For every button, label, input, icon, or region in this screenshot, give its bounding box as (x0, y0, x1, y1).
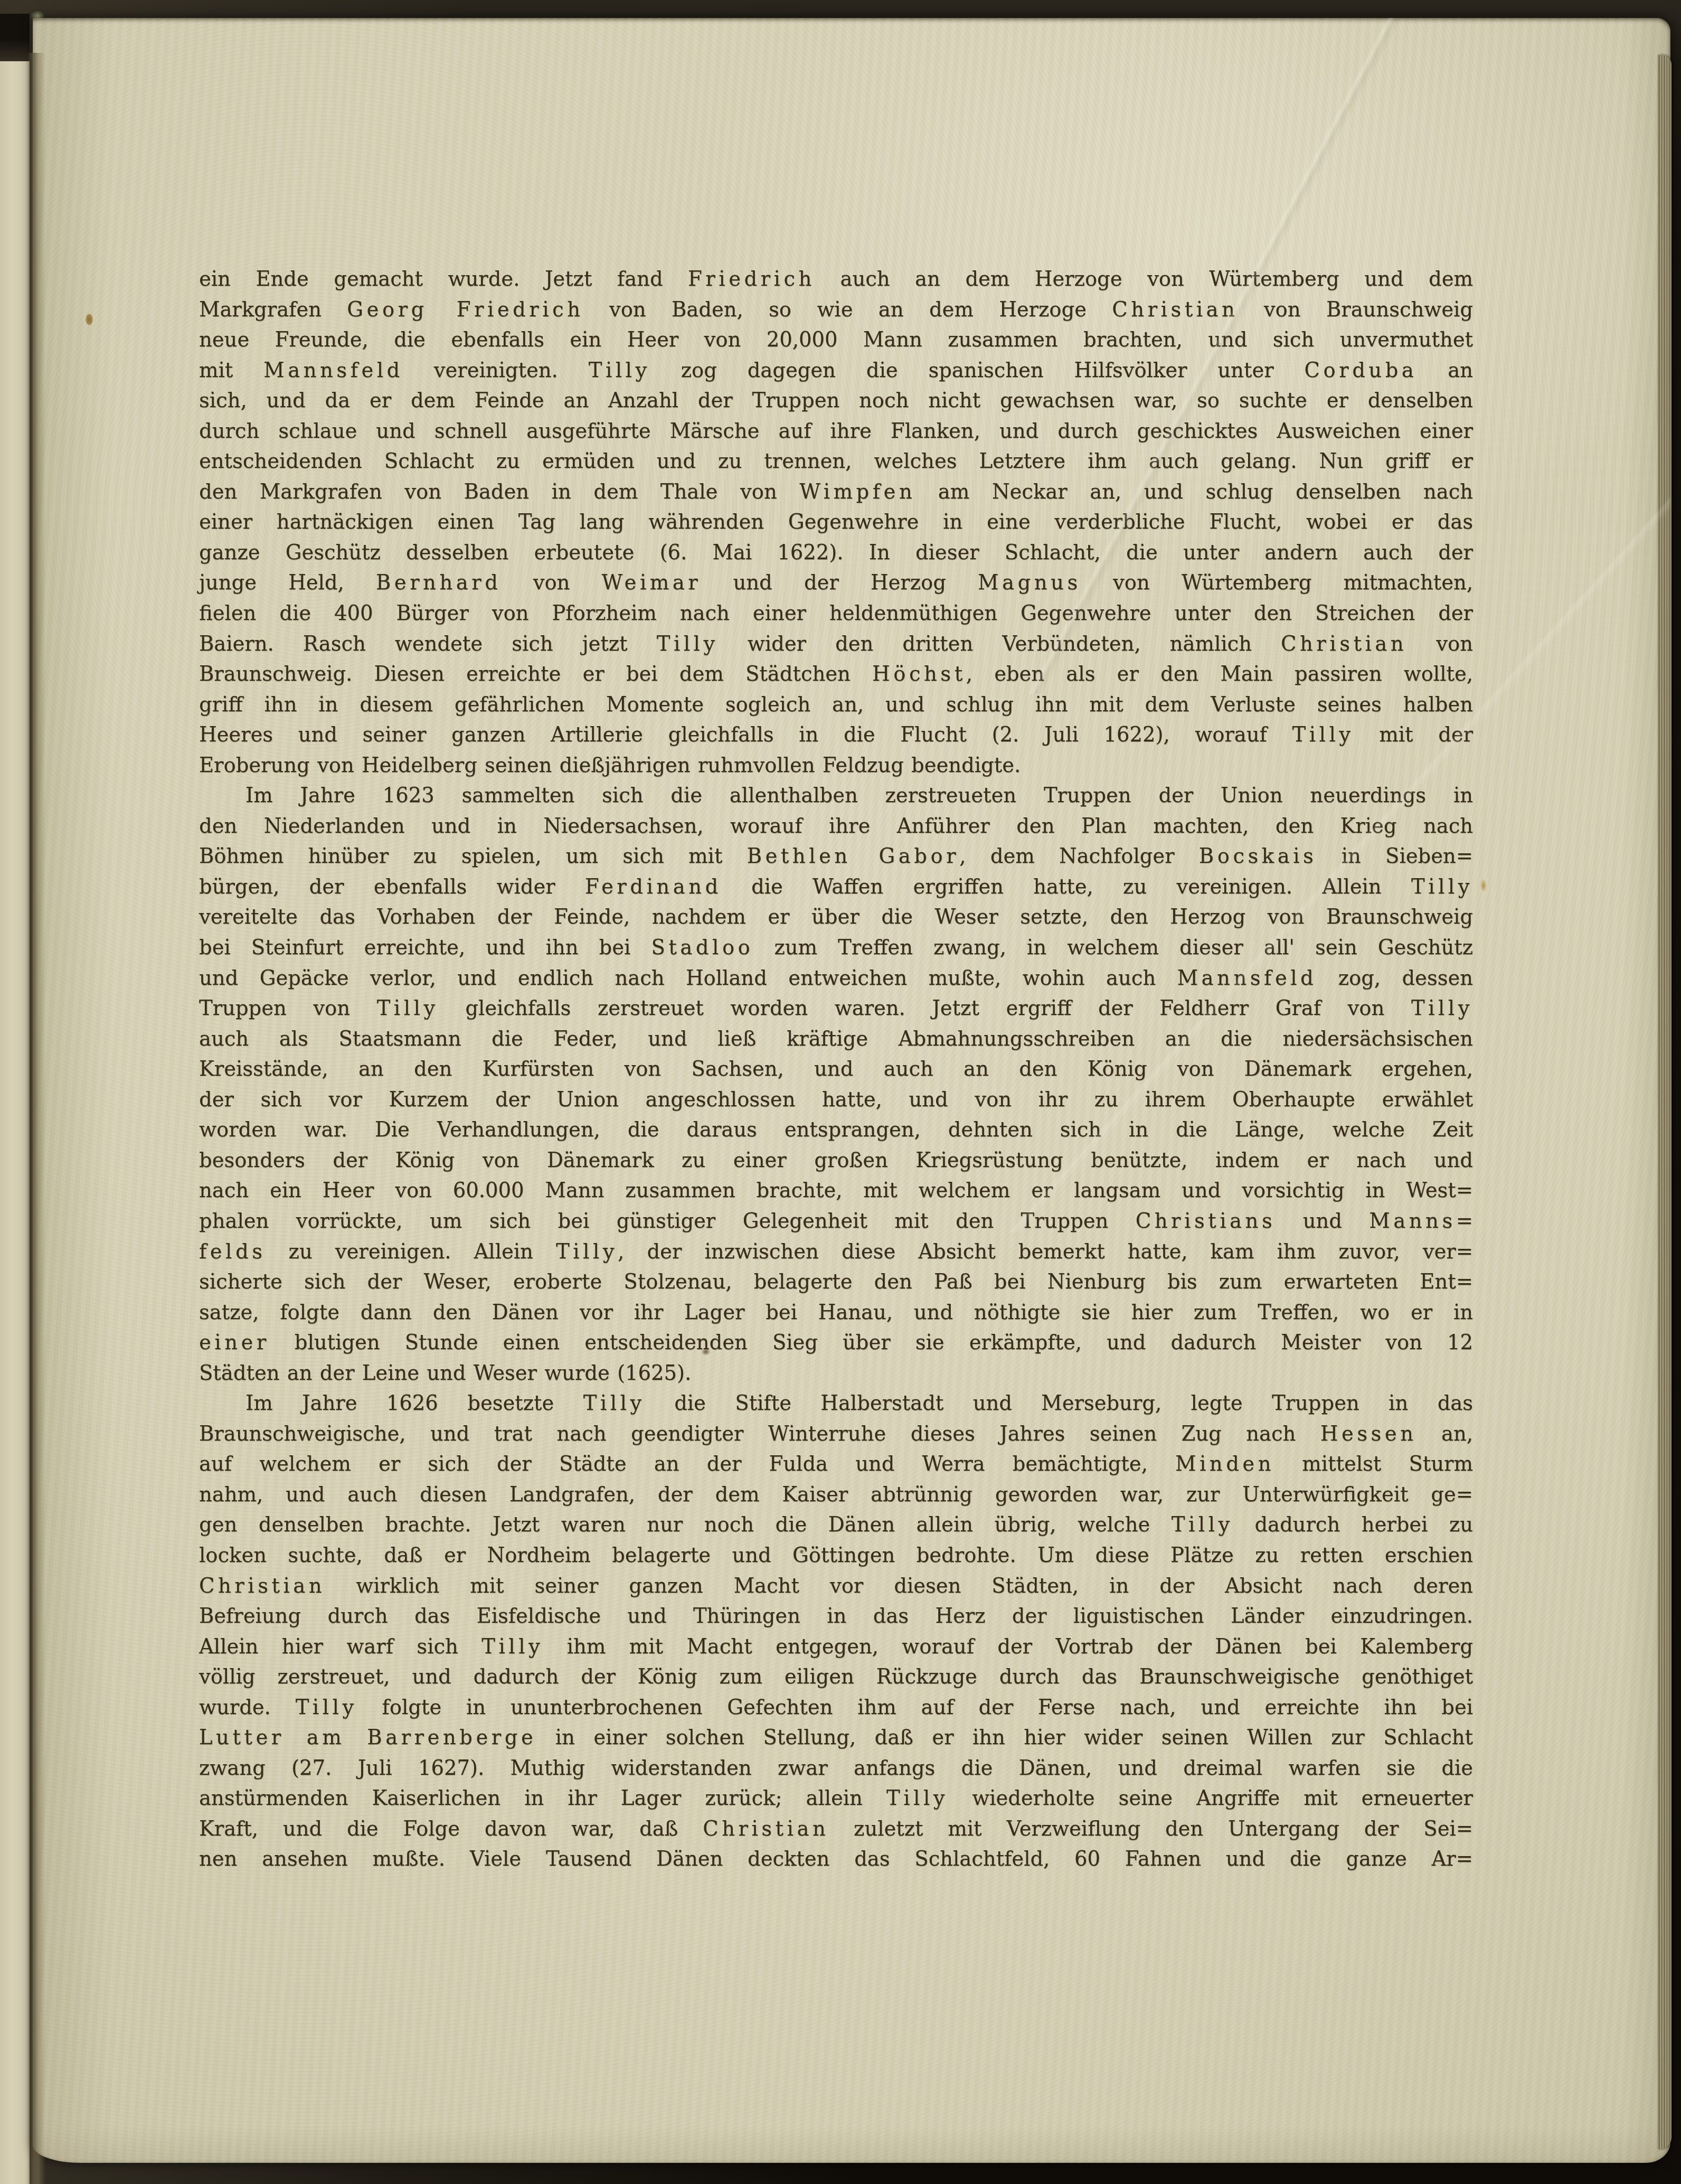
text-line: worden war. Die Verhandlungen, die darau… (199, 1115, 1473, 1145)
paper-speck (86, 314, 93, 325)
text-line: Braunschweigische, und trat nach geendig… (199, 1419, 1473, 1449)
emphasized-name: Tilly (481, 1635, 543, 1659)
text-line: Kraft, und die Folge davon war, daß Chri… (199, 1814, 1473, 1844)
emphasized-name: Bethlen Gabor (747, 844, 960, 868)
emphasized-name: Minden (1175, 1452, 1274, 1476)
text-line: satze, folgte dann den Dänen vor ihr Lag… (199, 1297, 1473, 1328)
text-line: phalen vorrückte, um sich bei günstiger … (199, 1206, 1473, 1237)
text-line: Befreiung durch das Eisfeldische und Thü… (199, 1601, 1473, 1632)
text-line: Allein hier warf sich Tilly ihm mit Mach… (199, 1632, 1473, 1662)
emphasized-name: Christian (703, 1817, 829, 1841)
text-line: einer hartnäckigen einen Tag lang währen… (199, 507, 1473, 538)
text-line: Städten an der Leine und Weser wurde (16… (199, 1358, 1473, 1389)
emphasized-name: Tilly (1292, 723, 1354, 747)
text-line: sicherte sich der Weser, eroberte Stolze… (199, 1267, 1473, 1297)
text-line: auch als Staatsmann die Feder, und ließ … (199, 1024, 1473, 1055)
text-line: wurde. Tilly folgte in ununterbrochenen … (199, 1692, 1473, 1723)
emphasized-name: Tilly (886, 1786, 948, 1810)
text-line: besonders der König von Dänemark zu eine… (199, 1145, 1473, 1176)
text-line: und Gepäcke verlor, und endlich nach Hol… (199, 963, 1473, 994)
emphasized-name: Friedrich (688, 267, 815, 291)
page-edge-stack (1658, 55, 1671, 2149)
text-line: den Niederlanden und in Niedersachsen, w… (199, 811, 1473, 842)
emphasized-name: Bocskais (1199, 844, 1317, 868)
emphasized-name: Wimpfen (799, 480, 915, 504)
emphasized-name: felds (199, 1240, 266, 1264)
emphasized-name: Höchst (872, 662, 966, 686)
text-line: felds zu vereinigen. Allein Tilly, der i… (199, 1237, 1473, 1267)
emphasized-name: Tilly (657, 632, 719, 656)
text-line: mit Mannsfeld vereinigten. Tilly zog dag… (199, 355, 1473, 386)
text-line: bürgen, der ebenfalls wider Ferdinand di… (199, 872, 1473, 902)
emphasized-name: Stadloo (651, 936, 753, 959)
text-line: gen denselben brachte. Jetzt waren nur n… (199, 1510, 1473, 1540)
emphasized-name: Tilly (1411, 996, 1473, 1020)
emphasized-name: einer (199, 1331, 270, 1354)
text-line: Kreisstände, an den Kurfürsten von Sachs… (199, 1054, 1473, 1085)
text-line: fielen die 400 Bürger von Pforzheim nach… (199, 598, 1473, 629)
text-line: junge Held, Bernhard von Weimar und der … (199, 568, 1473, 598)
text-line: den Markgrafen von Baden in dem Thale vo… (199, 477, 1473, 507)
text-line: Eroberung von Heidelberg seinen dießjähr… (199, 750, 1473, 781)
text-line: Truppen von Tilly gleichfalls zerstreuet… (199, 993, 1473, 1024)
emphasized-name: Magnus (978, 571, 1081, 595)
text-line: ein Ende gemacht wurde. Jetzt fand Fried… (199, 264, 1473, 295)
text-line: anstürmenden Kaiserlichen in ihr Lager z… (199, 1783, 1473, 1814)
text-line: Baiern. Rasch wendete sich jetzt Tilly w… (199, 629, 1473, 660)
emphasized-name: Christian (1112, 298, 1238, 322)
scan-background: ein Ende gemacht wurde. Jetzt fand Fried… (0, 0, 1681, 2184)
emphasized-name: Tilly (556, 1240, 618, 1264)
text-line: nahm, und auch diesen Landgrafen, der de… (199, 1480, 1473, 1510)
emphasized-name: Manns (1369, 1209, 1456, 1233)
paper-speck (1480, 879, 1487, 892)
text-line: Braunschweig. Diesen erreichte er bei de… (199, 659, 1473, 690)
text-line: sich, und da er dem Feinde an Anzahl der… (199, 385, 1473, 416)
emphasized-name: Christian (1281, 632, 1407, 656)
text-line: Im Jahre 1626 besetzte Tilly die Stifte … (199, 1388, 1473, 1419)
text-line: bei Steinfurt erreichte, und ihn bei Sta… (199, 933, 1473, 963)
text-line: nen ansehen mußte. Viele Tausend Dänen d… (199, 1844, 1473, 1875)
emphasized-name: Tilly (377, 996, 439, 1020)
text-line: Heeres und seiner ganzen Artillerie glei… (199, 720, 1473, 750)
emphasized-name: Mannsfeld (1177, 966, 1317, 990)
emphasized-name: Tilly (589, 359, 650, 382)
text-line: auf welchem er sich der Städte an der Fu… (199, 1449, 1473, 1480)
text-line: durch schlaue und schnell ausgeführte Mä… (199, 416, 1473, 447)
emphasized-name: Tilly (296, 1696, 357, 1719)
emphasized-name: Tilly (1172, 1513, 1233, 1537)
text-line: nach ein Heer von 60.000 Mann zusammen b… (199, 1175, 1473, 1206)
text-line: Markgrafen Georg Friedrich von Baden, so… (199, 295, 1473, 325)
text-line: völlig zerstreuet, und dadurch der König… (199, 1662, 1473, 1692)
emphasized-name: Lutter am Barrenberge (199, 1726, 536, 1749)
text-line: Lutter am Barrenberge in einer solchen S… (199, 1722, 1473, 1753)
book-page: ein Ende gemacht wurde. Jetzt fand Fried… (33, 18, 1670, 2163)
emphasized-name: Tilly (583, 1391, 645, 1415)
emphasized-name: Corduba (1304, 359, 1417, 382)
emphasized-name: Mannsfeld (263, 359, 403, 382)
paragraph: Im Jahre 1623 sammelten sich die allenth… (199, 780, 1473, 1388)
emphasized-name: Weimar (602, 571, 702, 595)
emphasized-name: Hessen (1320, 1422, 1417, 1446)
paragraph: ein Ende gemacht wurde. Jetzt fand Fried… (199, 264, 1473, 780)
emphasized-name: Ferdinand (585, 875, 722, 899)
emphasized-name: Christian (199, 1574, 325, 1598)
emphasized-name: Bernhard (376, 571, 501, 595)
emphasized-name: Christians (1136, 1209, 1276, 1233)
text-line: ganze Geschütz desselben erbeutete (6. M… (199, 538, 1473, 568)
page-text: ein Ende gemacht wurde. Jetzt fand Fried… (199, 264, 1473, 1875)
text-line: Im Jahre 1623 sammelten sich die allenth… (199, 780, 1473, 811)
adjacent-page-edge (0, 61, 30, 2184)
text-line: vereitelte das Vorhaben der Feinde, nach… (199, 902, 1473, 933)
text-line: Christian wirklich mit seiner ganzen Mac… (199, 1571, 1473, 1602)
text-line: zwang (27. Juli 1627). Muthig widerstand… (199, 1753, 1473, 1784)
text-line: griff ihn in diesem gefährlichen Momente… (199, 690, 1473, 720)
paragraph: Im Jahre 1626 besetzte Tilly die Stifte … (199, 1388, 1473, 1875)
emphasized-name: Georg Friedrich (347, 298, 583, 322)
emphasized-name: Tilly (1411, 875, 1473, 899)
text-line: entscheidenden Schlacht zu ermüden und z… (199, 446, 1473, 477)
gutter-shadow (27, 53, 45, 2184)
text-line: locken suchte, daß er Nordheim belagerte… (199, 1540, 1473, 1571)
text-line: einer blutigen Stunde einen entscheidend… (199, 1328, 1473, 1358)
text-line: Böhmen hinüber zu spielen, um sich mit B… (199, 841, 1473, 872)
text-line: der sich vor Kurzem der Union angeschlos… (199, 1085, 1473, 1115)
text-line: neue Freunde, die ebenfalls ein Heer von… (199, 325, 1473, 355)
